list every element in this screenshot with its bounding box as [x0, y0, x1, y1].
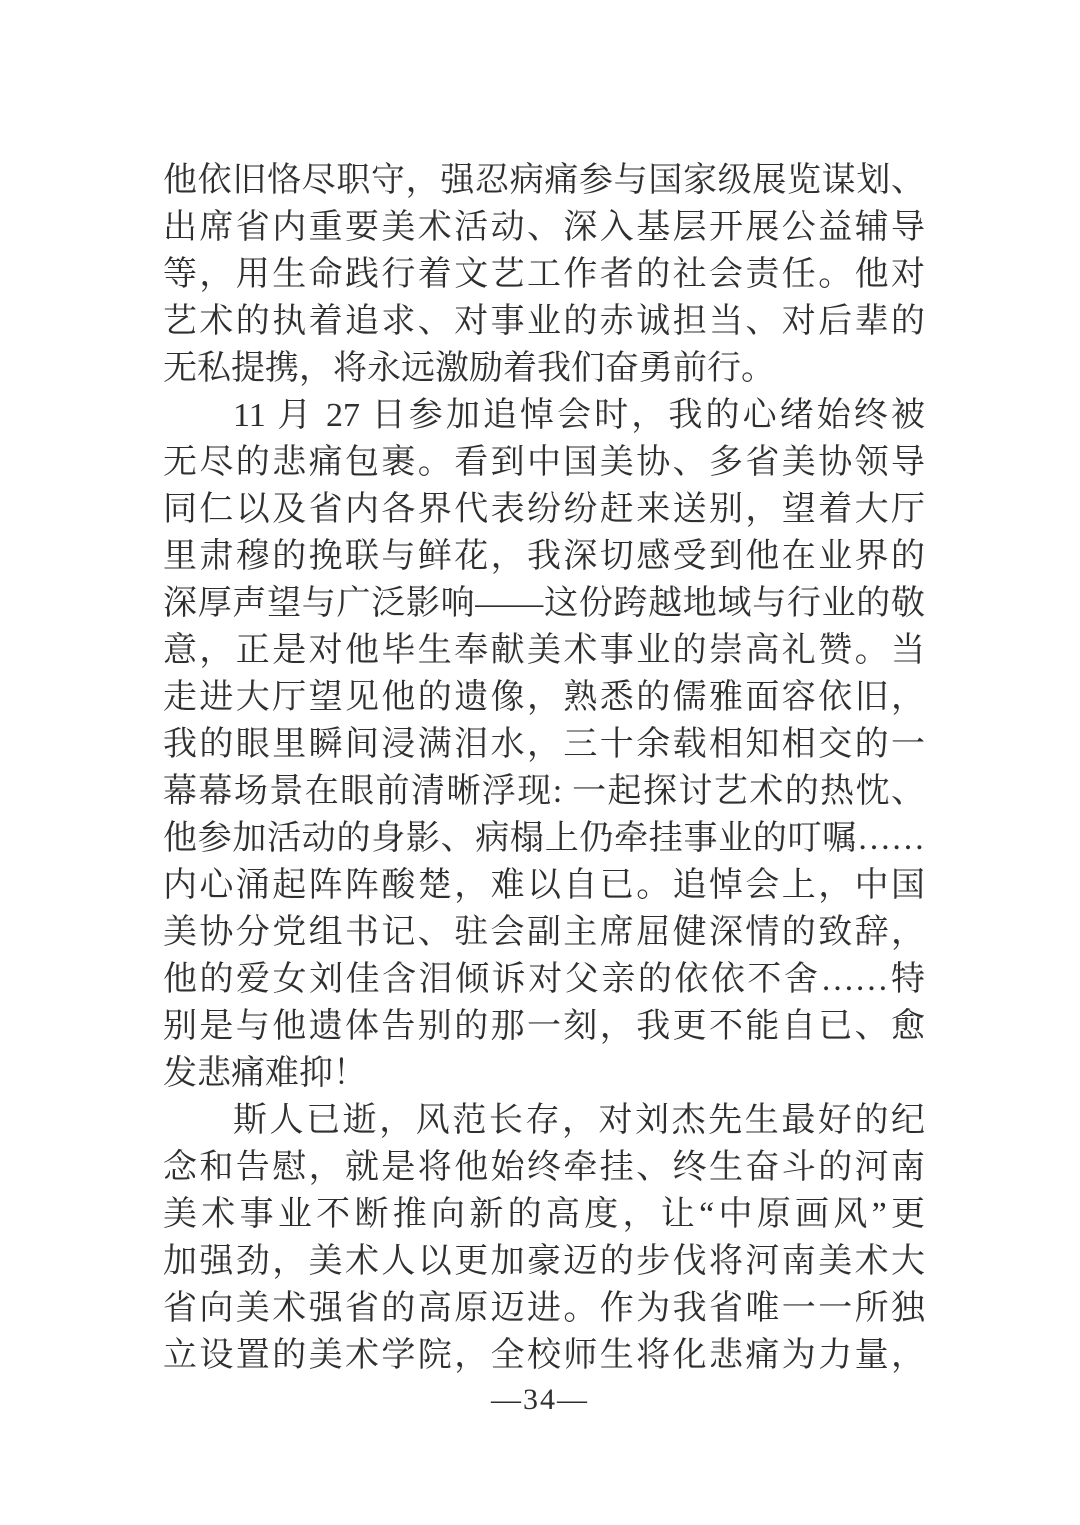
page-number: —34—: [0, 1378, 1080, 1422]
text-line: 立设置的美术学院，全校师生将化悲痛为力量，: [163, 1332, 925, 1379]
text-line: 他的爱女刘佳含泪倾诉对父亲的依依不舍……特: [163, 956, 925, 1003]
text-line: 内心涌起阵阵酸楚，难以自已。追悼会上，中国: [163, 862, 925, 909]
text-line: 同仁以及省内各界代表纷纷赶来送别，望着大厅: [163, 486, 925, 533]
text-line: 等，用生命践行着文艺工作者的社会责任。他对: [163, 251, 925, 298]
text-line: 省向美术强省的高原迈进。作为我省唯一一所独: [163, 1285, 925, 1332]
text-line: 意，正是对他毕生奉献美术事业的崇高礼赞。当: [163, 627, 925, 674]
text-line: 艺术的执着追求、对事业的赤诚担当、对后辈的: [163, 298, 925, 345]
text-body: 他依旧恪尽职守，强忍病痛参与国家级展览谋划、出席省内重要美术活动、深入基层开展公…: [163, 157, 925, 1379]
text-line: 走进大厅望见他的遗像，熟悉的儒雅面容依旧，: [163, 674, 925, 721]
text-line: 加强劲，美术人以更加豪迈的步伐将河南美术大: [163, 1238, 925, 1285]
text-line: 我的眼里瞬间浸满泪水，三十余载相知相交的一: [163, 721, 925, 768]
text-line: 里肃穆的挽联与鲜花，我深切感受到他在业界的: [163, 533, 925, 580]
text-line: 念和告慰，就是将他始终牵挂、终生奋斗的河南: [163, 1144, 925, 1191]
paragraph: 11 月 27 日参加追悼会时，我的心绪始终被无尽的悲痛包裹。看到中国美协、多省…: [163, 392, 925, 1097]
text-line: 发悲痛难抑！: [163, 1050, 925, 1097]
text-line: 他依旧恪尽职守，强忍病痛参与国家级展览谋划、: [163, 157, 925, 204]
text-line: 他参加活动的身影、病榻上仍牵挂事业的叮嘱……: [163, 815, 925, 862]
text-line: 深厚声望与广泛影响——这份跨越地域与行业的敬: [163, 580, 925, 627]
text-line: 无私提携，将永远激励着我们奋勇前行。: [163, 345, 925, 392]
paragraph: 斯人已逝，风范长存，对刘杰先生最好的纪念和告慰，就是将他始终牵挂、终生奋斗的河南…: [163, 1097, 925, 1379]
text-line: 斯人已逝，风范长存，对刘杰先生最好的纪: [163, 1097, 925, 1144]
paragraph: 他依旧恪尽职守，强忍病痛参与国家级展览谋划、出席省内重要美术活动、深入基层开展公…: [163, 157, 925, 392]
text-line: 美术事业不断推向新的高度，让“中原画风”更: [163, 1191, 925, 1238]
document-page: 他依旧恪尽职守，强忍病痛参与国家级展览谋划、出席省内重要美术活动、深入基层开展公…: [0, 0, 1080, 1525]
text-line: 11 月 27 日参加追悼会时，我的心绪始终被: [163, 392, 925, 439]
text-line: 美协分党组书记、驻会副主席屈健深情的致辞，: [163, 909, 925, 956]
text-line: 出席省内重要美术活动、深入基层开展公益辅导: [163, 204, 925, 251]
text-line: 幕幕场景在眼前清晰浮现: 一起探讨艺术的热忱、: [163, 768, 925, 815]
text-line: 别是与他遗体告别的那一刻，我更不能自已、愈: [163, 1003, 925, 1050]
text-line: 无尽的悲痛包裹。看到中国美协、多省美协领导: [163, 439, 925, 486]
